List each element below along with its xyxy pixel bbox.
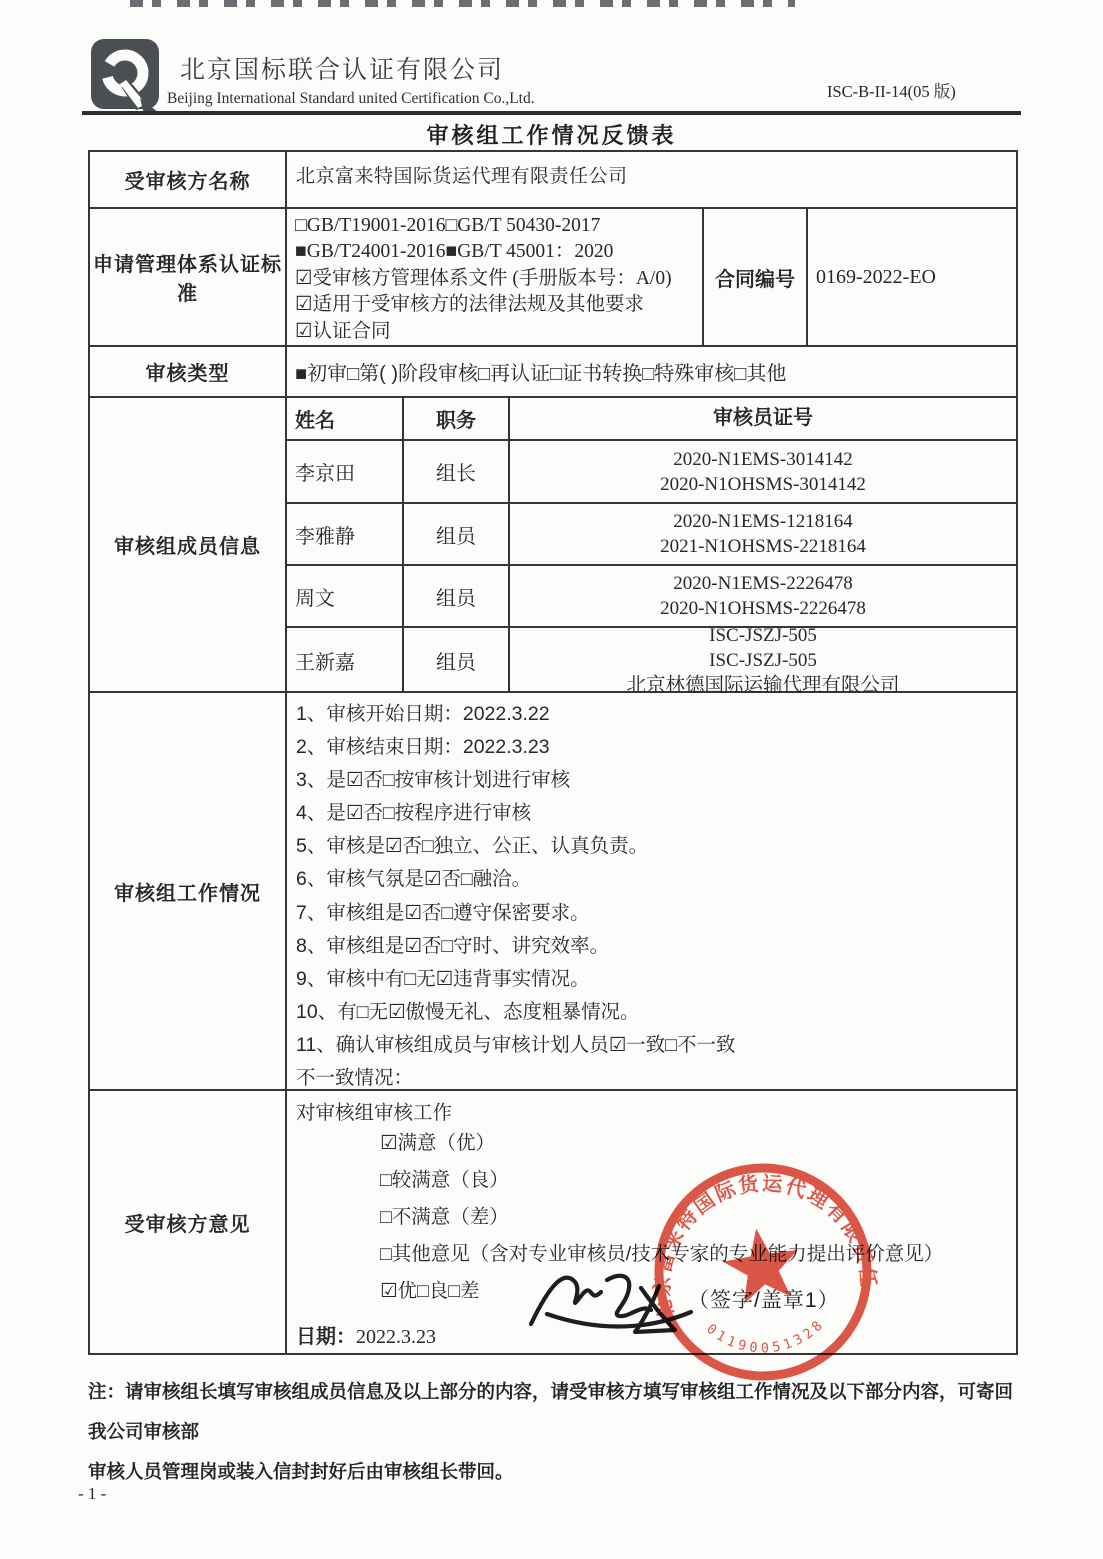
member-certs: 2020-N1EMS-3014142 2020-N1OHSMS-3014142 (508, 441, 1016, 502)
auditee-value: 北京富来特国际货运代理有限责任公司 (285, 152, 1016, 207)
member-name: 周文 (287, 566, 402, 626)
opinion-date: 日期：2022.3.23 (296, 1320, 436, 1349)
work-item: 2、审核结束日期：2022.3.23 (296, 731, 1016, 764)
team-member-row: 周文 组员 2020-N1EMS-2226478 2020-N1OHSMS-22… (287, 564, 1016, 626)
audit-type-label: 审核类型 (90, 347, 285, 396)
team-member-row: 李京田 组长 2020-N1EMS-3014142 2020-N1OHSMS-3… (287, 439, 1016, 502)
member-role: 组员 (402, 504, 508, 564)
footer-note: 注：请审核组长填写审核组成员信息及以上部分的内容，请受审核方填写审核组工作情况及… (88, 1372, 1028, 1492)
work-item: 7、审核组是☑否□遵守保密要求。 (296, 897, 1016, 930)
company-name-en: Beijing International Standard united Ce… (167, 90, 535, 108)
standards-line: ☑认证合同 (295, 319, 702, 345)
scan-artifact-top (130, 0, 795, 7)
opinion-intro: 对审核组审核工作 (296, 1097, 1016, 1125)
standards-line: □GB/T19001-2016□GB/T 50430-2017 (295, 213, 702, 239)
cert-line: 2020-N1EMS-1218164 (673, 509, 852, 534)
team-header-role: 职务 (402, 398, 508, 439)
header-divider (82, 111, 1021, 115)
seal-code: 01190051328 (702, 1303, 832, 1366)
work-item: 8、审核组是☑否□守时、讲究效率。 (296, 930, 1016, 963)
standards-row: 申请管理体系认证标准 □GB/T19001-2016□GB/T 50430-20… (90, 207, 1016, 345)
cert-line: ISC-JSZJ-505 (709, 648, 817, 673)
cert-line: 2021-N1OHSMS-2218164 (660, 534, 866, 559)
opinion-label: 受审核方意见 (90, 1091, 285, 1353)
standards-line: ■GB/T24001-2016■GB/T 45001：2020 (295, 239, 702, 265)
work-report-items: 1、审核开始日期：2022.3.22 2、审核结束日期：2022.3.23 3、… (285, 693, 1016, 1089)
company-seal-stamp: 北京富来特国际货运代理有限责任公司 01190051328 (628, 1137, 898, 1407)
team-row: 审核组成员信息 姓名 职务 审核员证号 李京田 组长 2020-N1EMS-30… (90, 396, 1016, 691)
work-item: 1、审核开始日期：2022.3.22 (296, 698, 1016, 731)
team-header-row: 姓名 职务 审核员证号 (287, 398, 1016, 439)
member-name: 王新嘉 (287, 628, 402, 693)
team-subtable: 姓名 职务 审核员证号 李京田 组长 2020-N1EMS-3014142 20… (285, 398, 1016, 691)
work-report-row: 审核组工作情况 1、审核开始日期：2022.3.22 2、审核结束日期：2022… (90, 691, 1016, 1089)
work-report-label: 审核组工作情况 (90, 693, 285, 1089)
member-role: 组员 (402, 628, 508, 693)
cert-line: 2020-N1OHSMS-2226478 (660, 596, 866, 621)
work-item: 11、确认审核组成员与审核计划人员☑一致□不一致 (296, 1029, 1016, 1062)
standards-label: 申请管理体系认证标准 (90, 209, 285, 345)
svg-text:01190051328: 01190051328 (702, 1303, 832, 1366)
auditee-label: 受审核方名称 (90, 152, 285, 207)
audit-type-row: 审核类型 ■初审□第( )阶段审核□再认证□证书转换□特殊审核□其他 (90, 345, 1016, 396)
member-certs: ISC-JSZJ-505 ISC-JSZJ-505 北京林德国际运输代理有限公司 (508, 628, 1016, 693)
company-name-cn: 北京国标联合认证有限公司 (180, 50, 504, 86)
opinion-option: ☑满意（优） (296, 1125, 1016, 1162)
note-line-2: 审核人员管理岗或装入信封封好后由审核组长带回。 (88, 1452, 1028, 1492)
contract-no-value: 0169-2022-EO (806, 209, 1016, 345)
member-certs: 2020-N1EMS-2226478 2020-N1OHSMS-2226478 (508, 566, 1016, 626)
team-member-row: 李雅静 组员 2020-N1EMS-1218164 2021-N1OHSMS-2… (287, 502, 1016, 564)
team-header-cert: 审核员证号 (508, 398, 1016, 439)
work-item: 9、审核中有□无☑违背事实情况。 (296, 963, 1016, 996)
date-value: 2022.3.23 (356, 1326, 436, 1348)
scanned-form-page: 北京国标联合认证有限公司 Beijing International Stand… (0, 0, 1103, 1559)
member-role: 组员 (402, 566, 508, 626)
standards-line: ☑受审核方管理体系文件 (手册版本号：A/0) (295, 266, 702, 292)
work-item: 3、是☑否□按审核计划进行审核 (296, 764, 1016, 797)
work-item: 10、有□无☑傲慢无礼、态度粗暴情况。 (296, 996, 1016, 1029)
page-number: - 1 - (78, 1484, 106, 1504)
standards-checklist: □GB/T19001-2016□GB/T 50430-2017 ■GB/T240… (285, 209, 702, 345)
auditee-row: 受审核方名称 北京富来特国际货运代理有限责任公司 (90, 152, 1016, 207)
team-header-name: 姓名 (287, 398, 402, 439)
standards-line: ☑适用于受审核方的法律法规及其他要求 (295, 292, 702, 318)
cert-line: ISC-JSZJ-505 (709, 623, 817, 648)
member-certs: 2020-N1EMS-1218164 2021-N1OHSMS-2218164 (508, 504, 1016, 564)
form-code: ISC-B-II-14(05 版) (827, 78, 956, 102)
company-logo-icon (88, 36, 166, 114)
work-item: 5、审核是☑否□独立、公正、认真负责。 (296, 830, 1016, 863)
work-item: 6、审核气氛是☑否□融洽。 (296, 863, 1016, 896)
audit-type-value: ■初审□第( )阶段审核□再认证□证书转换□特殊审核□其他 (285, 347, 1016, 396)
note-line-1: 注：请审核组长填写审核组成员信息及以上部分的内容，请受审核方填写审核组工作情况及… (88, 1372, 1028, 1452)
cert-line: 2020-N1OHSMS-3014142 (660, 472, 866, 497)
contract-no-label: 合同编号 (702, 209, 806, 345)
cert-line: 2020-N1EMS-3014142 (673, 447, 852, 472)
member-name: 李雅静 (287, 504, 402, 564)
feedback-form-table: 受审核方名称 北京富来特国际货运代理有限责任公司 申请管理体系认证标准 □GB/… (88, 150, 1018, 1355)
member-name: 李京田 (287, 441, 402, 502)
form-title: 审核组工作情况反馈表 (0, 119, 1103, 150)
work-item: 4、是☑否□按程序进行审核 (296, 797, 1016, 830)
seal-star (719, 1223, 805, 1306)
team-label: 审核组成员信息 (90, 398, 285, 691)
member-role: 组长 (402, 441, 508, 502)
team-member-row: 王新嘉 组员 ISC-JSZJ-505 ISC-JSZJ-505 北京林德国际运… (287, 626, 1016, 693)
date-label: 日期： (296, 1326, 356, 1348)
cert-line: 2020-N1EMS-2226478 (673, 571, 852, 596)
